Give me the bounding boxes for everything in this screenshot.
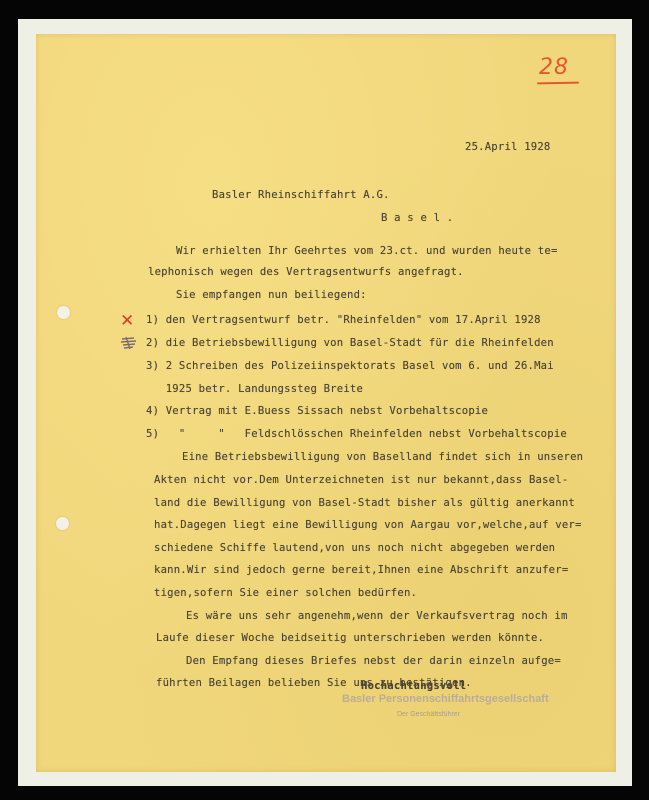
enclosure-item: 1) den Vertragsentwurf betr. "Rheinfelde…: [146, 314, 541, 326]
paragraph-line: Es wäre uns sehr angenehm,wenn der Verka…: [186, 610, 568, 622]
body-line: Wir erhielten Ihr Geehrtes vom 23.ct. un…: [176, 245, 558, 257]
closing-salutation: Hochachtungsvoll: [361, 680, 466, 692]
letter-date: 25.April 1928: [465, 141, 551, 153]
enclosure-item: 5) " " Feldschlösschen Rheinfelden nebst…: [146, 428, 567, 440]
enclosure-item: 1925 betr. Landungssteg Breite: [146, 383, 363, 395]
paragraph-line: Den Empfang dieses Briefes nebst der dar…: [186, 655, 561, 667]
enclosure-item: 2) die Betriebsbewilligung von Basel-Sta…: [146, 337, 554, 349]
punch-hole-top: [57, 306, 70, 319]
paragraph-line: Akten nicht vor.Dem Unterzeichneten ist …: [154, 474, 568, 486]
recipient-name: Basler Rheinschiffahrt A.G.: [212, 189, 390, 201]
recipient-city: B a s e l .: [381, 212, 453, 224]
pencil-scribble-icon: [120, 336, 138, 350]
company-stamp: Basler Personenschiffahrtsgesellschaft: [342, 693, 549, 705]
enclosure-item: 3) 2 Schreiben des Polizeiinspektorats B…: [146, 360, 554, 372]
handwritten-page-number: 28: [539, 55, 569, 80]
paragraph-line: land die Bewilligung von Basel-Stadt bis…: [154, 497, 575, 509]
red-cross-mark-icon: ✕: [120, 313, 134, 330]
paragraph-line: hat.Dagegen liegt eine Bewilligung von A…: [154, 519, 582, 531]
punch-hole-bottom: [56, 517, 69, 530]
paragraph-line: schiedene Schiffe lautend,von uns noch n…: [154, 542, 555, 554]
enclosure-item: 4) Vertrag mit E.Buess Sissach nebst Vor…: [146, 405, 488, 417]
body-line: lephonisch wegen des Vertragsentwurfs an…: [148, 266, 464, 278]
paragraph-line: Laufe dieser Woche beidseitig unterschri…: [156, 632, 544, 644]
paragraph-line: kann.Wir sind jedoch gerne bereit,Ihnen …: [154, 564, 568, 576]
company-stamp-role: Der Geschäftsführer: [397, 711, 460, 718]
paragraph-line: tigen,sofern Sie einer solchen bedürfen.: [154, 587, 417, 599]
body-line: Sie empfangen nun beiliegend:: [176, 289, 367, 301]
paragraph-line: Eine Betriebsbewilligung von Baselland f…: [182, 451, 583, 463]
